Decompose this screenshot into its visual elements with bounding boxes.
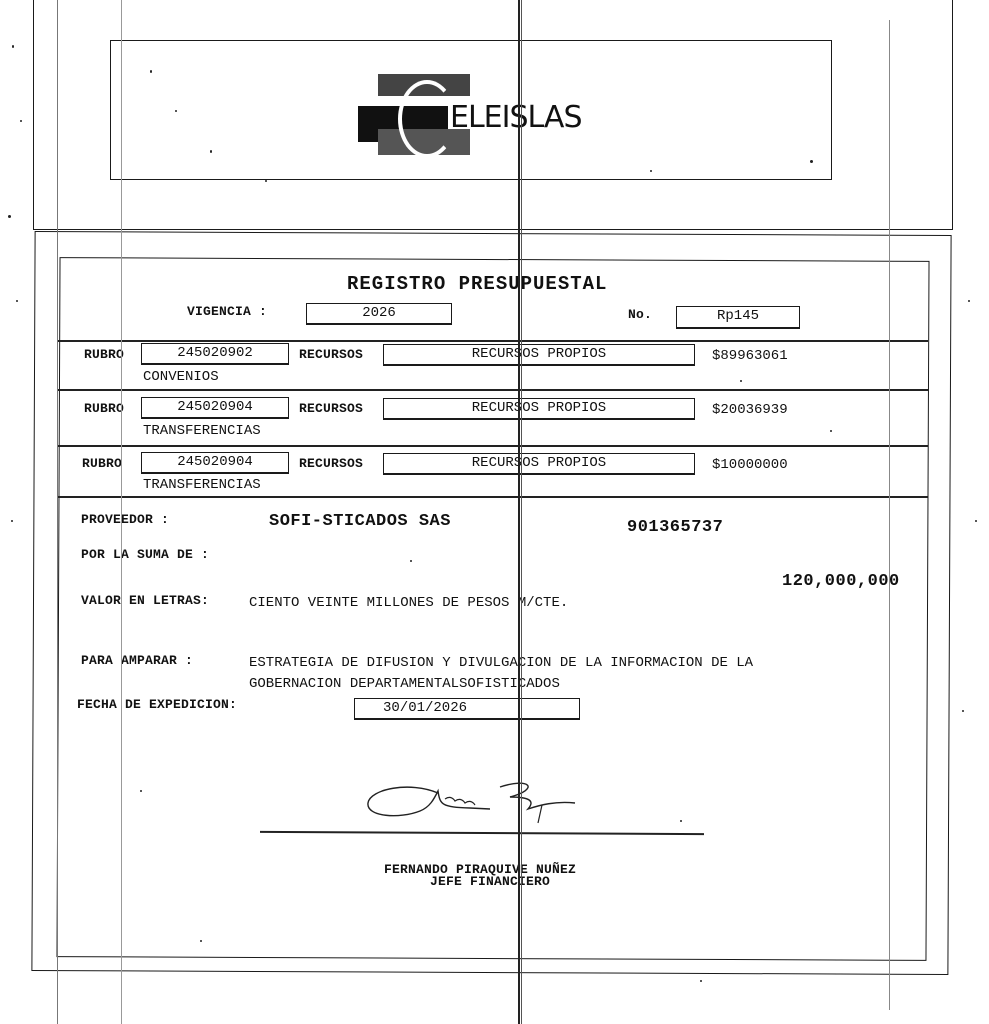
scan-artifact-line [889,20,890,1010]
rubro-description: TRANSFERENCIAS [143,423,261,439]
recursos-label: RECURSOS [299,456,363,471]
rubro-label: RUBRO [84,401,124,416]
logo-swoosh-icon [398,80,456,158]
signer-role: JEFE FINANCIERO [430,874,550,889]
proveedor-name: SOFI-STICADOS SAS [269,512,451,531]
rubro-description: TRANSFERENCIAS [143,477,261,493]
number-field: Rp145 [676,306,800,329]
recursos-field: RECURSOS PROPIOS [383,344,695,366]
scan-fold-line [521,0,522,1024]
fecha-label: FECHA DE EXPEDICION: [77,697,237,712]
rubro-description: CONVENIOS [143,369,219,385]
divider [58,340,928,342]
rubro-label: RUBRO [84,347,124,362]
recursos-label: RECURSOS [299,347,363,362]
vigencia-label: VIGENCIA : [187,304,267,319]
amparar-line-2: GOBERNACION DEPARTAMENTALSOFISTICADOS [249,676,560,692]
rubro-label: RUBRO [82,456,122,471]
recursos-label: RECURSOS [299,401,363,416]
proveedor-label: PROVEEDOR : [81,512,169,527]
rubro-amount: $89963061 [712,348,788,364]
rubro-code-field: 245020904 [141,397,289,419]
vigencia-field: 2026 [306,303,452,325]
amparar-label: PARA AMPARAR : [81,653,193,668]
divider [58,496,928,498]
letras-label: VALOR EN LETRAS: [81,593,209,608]
suma-value: 120,000,000 [782,572,900,591]
proveedor-id: 901365737 [627,518,723,537]
company-logo: ELEISLAS [358,74,588,156]
divider [58,445,928,447]
number-label: No. [628,307,652,322]
signature-icon [360,775,600,835]
scan-artifact-line [121,0,122,1024]
rubro-code-field: 245020904 [141,452,289,474]
rubro-amount: $20036939 [712,402,788,418]
suma-label: POR LA SUMA DE : [81,547,209,562]
rubro-amount: $10000000 [712,457,788,473]
recursos-field: RECURSOS PROPIOS [383,398,695,420]
fecha-field: 30/01/2026 [354,698,580,720]
scan-fold-line [518,0,520,1024]
logo-text: ELEISLAS [450,100,581,135]
form-title: REGISTRO PRESUPUESTAL [347,273,607,295]
recursos-field: RECURSOS PROPIOS [383,453,695,475]
amparar-line-1: ESTRATEGIA DE DIFUSION Y DIVULGACION DE … [249,655,753,671]
divider [58,389,928,391]
scan-artifact-line [57,0,58,1024]
rubro-code-field: 245020902 [141,343,289,365]
